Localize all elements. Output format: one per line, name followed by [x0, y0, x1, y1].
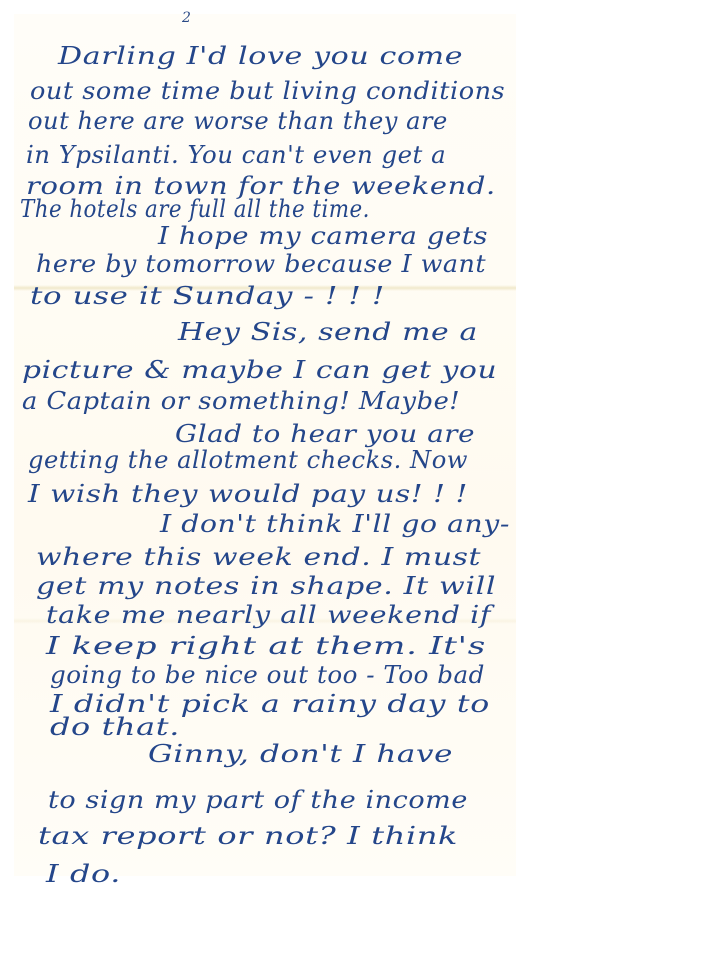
handwritten-line: I hope my camera gets	[158, 222, 488, 250]
handwritten-line: tax report or not? I think	[38, 822, 458, 850]
page-number: 2	[182, 10, 191, 26]
handwritten-line: a Captain or something! Maybe!	[22, 387, 460, 415]
handwritten-line: The hotels are full all the time.	[20, 195, 370, 223]
handwritten-line: getting the allotment checks. Now	[28, 446, 468, 474]
handwritten-line: Hey Sis, send me a	[178, 318, 478, 346]
handwritten-line: I keep right at them. It's	[46, 632, 486, 660]
handwritten-line: where this week end. I must	[36, 543, 481, 571]
handwritten-line: going to be nice out too - Too bad	[50, 661, 485, 689]
handwritten-line: do that.	[50, 713, 180, 741]
handwritten-line: Glad to hear you are	[175, 420, 475, 448]
handwritten-line: Darling I'd love you come	[58, 42, 463, 70]
handwritten-line: I wish they would pay us! ! !	[28, 480, 468, 508]
handwritten-line: to sign my part of the income	[48, 786, 468, 814]
handwritten-line: get my notes in shape. It will	[36, 572, 496, 600]
handwritten-line: Ginny, don't I have	[148, 740, 453, 768]
handwritten-line: in Ypsilanti. You can't even get a	[26, 141, 446, 169]
handwritten-line: I don't think I'll go any-	[160, 510, 510, 538]
handwritten-line: here by tomorrow because I want	[36, 250, 486, 278]
handwritten-line: I do.	[46, 860, 121, 888]
handwritten-line: to use it Sunday - ! ! !	[30, 282, 385, 310]
handwritten-line: out here are worse than they are	[28, 107, 448, 135]
handwritten-line: picture & maybe I can get you	[22, 356, 497, 384]
handwritten-line: out some time but living conditions	[30, 77, 505, 105]
handwritten-line: take me nearly all weekend if	[46, 601, 491, 629]
